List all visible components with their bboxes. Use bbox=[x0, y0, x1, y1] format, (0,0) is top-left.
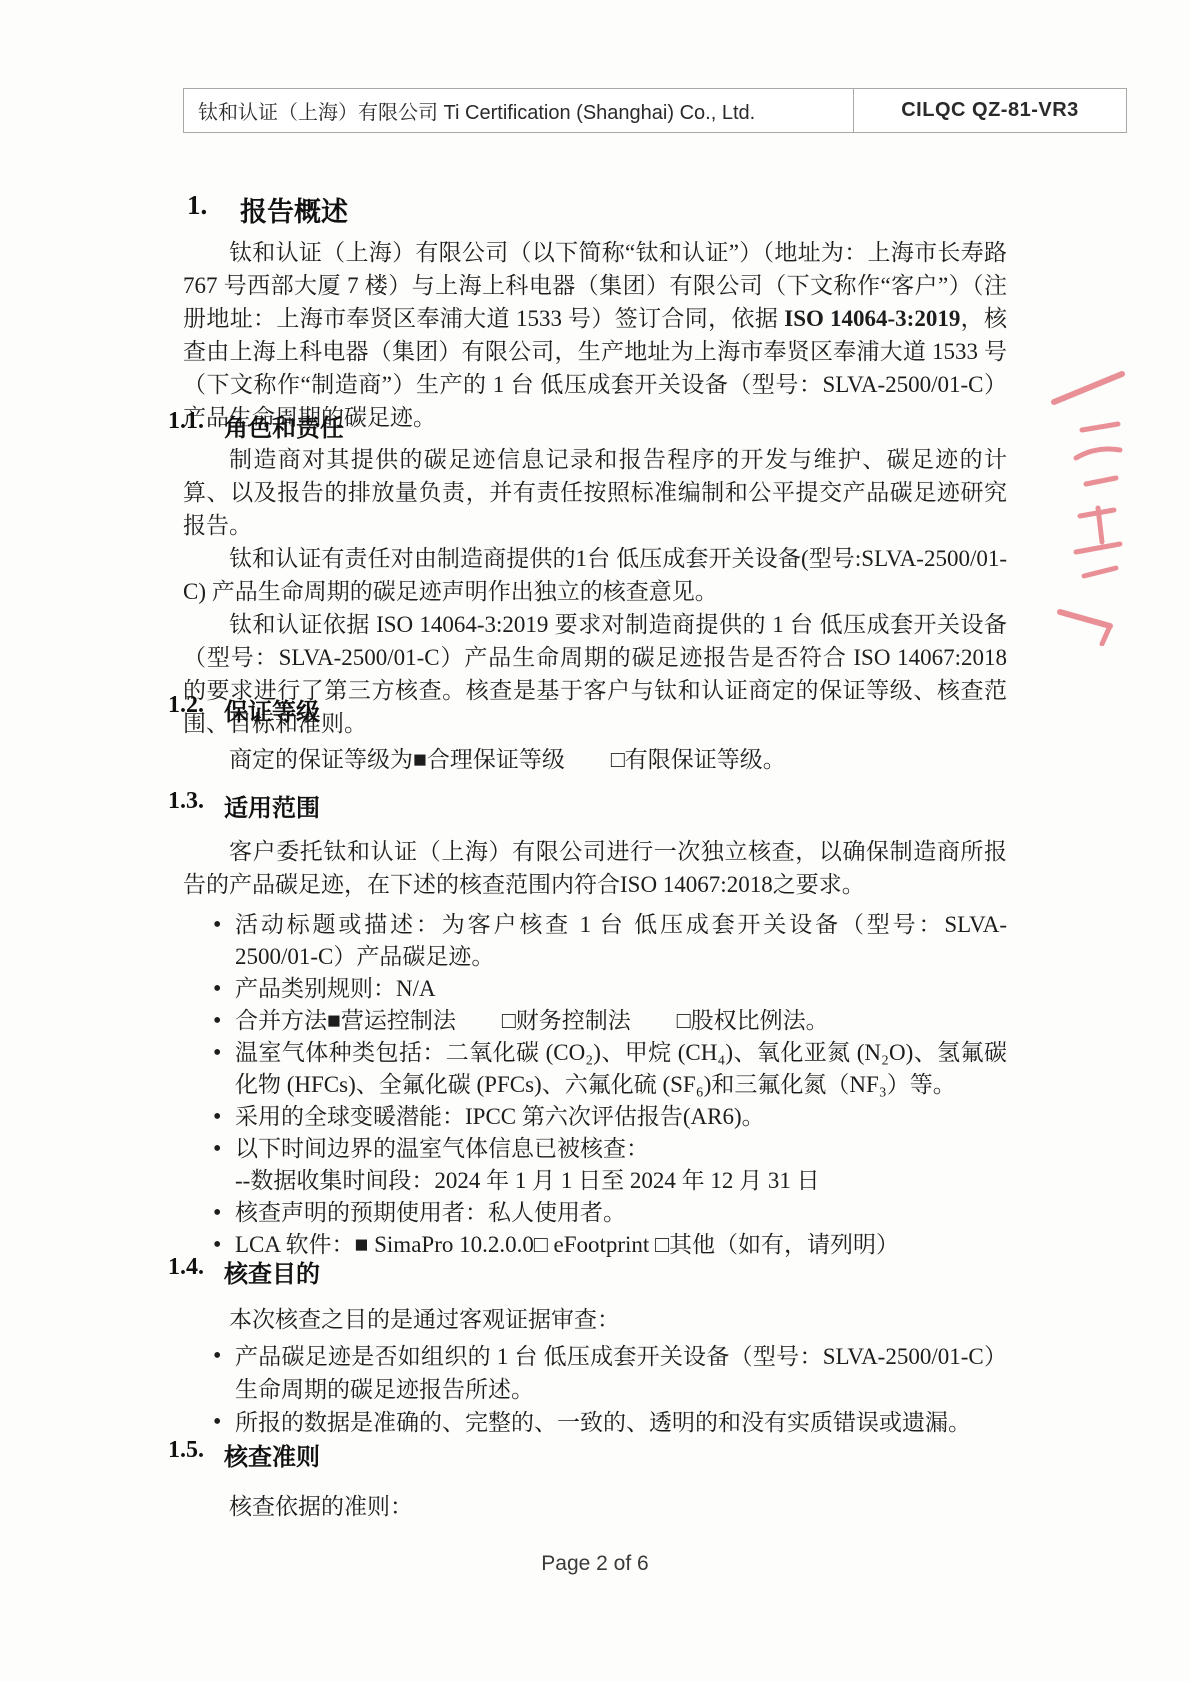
section-1-2-title: 保证等级 bbox=[224, 692, 320, 727]
intro-standard-bold: ISO 14064-3:2019 bbox=[784, 306, 960, 331]
bullet-text: 所报的数据是准确的、完整的、一致的、透明的和没有实质错误或遗漏。 bbox=[235, 1410, 971, 1435]
section-1-4: 1.4. 核查目的 本次核查之目的是通过客观证据审查： 产品碳足迹是否如组织的 … bbox=[183, 1254, 1007, 1439]
section-1-3-number: 1.3. bbox=[168, 788, 224, 823]
list-item: 产品碳足迹是否如组织的 1 台 低压成套开关设备（型号：SLVA-2500/01… bbox=[183, 1340, 1007, 1406]
bullet-text: 活动标题或描述：为客户核查 1 台 低压成套开关设备（型号：SLVA-2500/… bbox=[235, 912, 1007, 969]
bullet-text: 产品碳足迹是否如组织的 1 台 低压成套开关设备（型号：SLVA-2500/01… bbox=[235, 1344, 1007, 1402]
bullet-text: 产品类别规则：N/A bbox=[235, 976, 436, 1001]
scope-bullet-list: 活动标题或描述：为客户核查 1 台 低压成套开关设备（型号：SLVA-2500/… bbox=[183, 909, 1007, 1261]
section-1-heading: 1. 报告概述 bbox=[183, 190, 1007, 229]
red-seal-strokes bbox=[1054, 374, 1122, 644]
bullet-text: 采用的全球变暖潜能：IPCC 第六次评估报告(AR6)。 bbox=[235, 1104, 765, 1129]
list-item: 所报的数据是准确的、完整的、一致的、透明的和没有实质错误或遗漏。 bbox=[183, 1406, 1007, 1439]
document-header: 钛和认证（上海）有限公司 Ti Certification (Shanghai)… bbox=[183, 88, 1127, 133]
document-code: CILQC QZ-81-VR3 bbox=[854, 89, 1126, 132]
assurance-level-line: 商定的保证等级为■合理保证等级 □有限保证等级。 bbox=[183, 743, 1007, 776]
page-number: Page 2 of 6 bbox=[0, 1552, 1190, 1576]
section-1-2: 1.2. 保证等级 商定的保证等级为■合理保证等级 □有限保证等级。 bbox=[183, 692, 1007, 776]
section-1-5: 1.5. 核查准则 核查依据的准则： bbox=[183, 1437, 1007, 1523]
section-1-5-title: 核查准则 bbox=[224, 1437, 320, 1472]
list-item: 合并方法■营运控制法 □财务控制法 □股权比例法。 bbox=[183, 1005, 1007, 1037]
section-1-number: 1. bbox=[187, 190, 240, 229]
section-1-4-heading: 1.4. 核查目的 bbox=[168, 1254, 1007, 1289]
section-1-1-heading: 1.1. 角色和责任 bbox=[168, 408, 1007, 443]
bullet-text: 温室气体种类包括：二氧化碳 (CO₂)、甲烷 (CH₄)、氧化亚氮 (N₂O)、… bbox=[235, 1040, 1007, 1097]
list-item: 活动标题或描述：为客户核查 1 台 低压成套开关设备（型号：SLVA-2500/… bbox=[183, 909, 1007, 973]
list-item: 采用的全球变暖潜能：IPCC 第六次评估报告(AR6)。 bbox=[183, 1101, 1007, 1133]
bullet-text: 合并方法■营运控制法 □财务控制法 □股权比例法。 bbox=[235, 1008, 829, 1033]
section-1-5-number: 1.5. bbox=[168, 1437, 224, 1472]
section-1-3-heading: 1.3. 适用范围 bbox=[168, 788, 1007, 823]
section-1-3-title: 适用范围 bbox=[224, 788, 320, 823]
bullet-text: 以下时间边界的温室气体信息已被核查： bbox=[235, 1136, 649, 1161]
red-seal-stamp bbox=[1046, 366, 1128, 646]
intro-paragraph: 钛和认证（上海）有限公司（以下简称“钛和认证”）（地址为：上海市长寿路 767 … bbox=[183, 236, 1007, 434]
paragraph: 客户委托钛和认证（上海）有限公司进行一次独立核查，以确保制造商所报告的产品碳足迹… bbox=[183, 835, 1007, 901]
list-item: 核查声明的预期使用者：私人使用者。 bbox=[183, 1197, 1007, 1229]
section-1-5-heading: 1.5. 核查准则 bbox=[168, 1437, 1007, 1472]
company-name: 钛和认证（上海）有限公司 Ti Certification (Shanghai)… bbox=[184, 89, 854, 132]
bullet-text: 核查声明的预期使用者：私人使用者。 bbox=[235, 1200, 626, 1225]
paragraph: 核查依据的准则： bbox=[183, 1490, 1007, 1523]
section-1-1-title: 角色和责任 bbox=[224, 408, 344, 443]
paragraph: 制造商对其提供的碳足迹信息记录和报告程序的开发与维护、碳足迹的计算、以及报告的排… bbox=[183, 443, 1007, 542]
list-item: 温室气体种类包括：二氧化碳 (CO₂)、甲烷 (CH₄)、氧化亚氮 (N₂O)、… bbox=[183, 1037, 1007, 1101]
list-item: 以下时间边界的温室气体信息已被核查： --数据收集时间段：2024 年 1 月 … bbox=[183, 1133, 1007, 1197]
section-1-intro: 钛和认证（上海）有限公司（以下简称“钛和认证”）（地址为：上海市长寿路 767 … bbox=[183, 236, 1007, 434]
purpose-bullet-list: 产品碳足迹是否如组织的 1 台 低压成套开关设备（型号：SLVA-2500/01… bbox=[183, 1340, 1007, 1439]
section-1-1: 1.1. 角色和责任 制造商对其提供的碳足迹信息记录和报告程序的开发与维护、碳足… bbox=[183, 408, 1007, 740]
data-collection-period: --数据收集时间段：2024 年 1 月 1 日至 2024 年 12 月 31… bbox=[235, 1165, 1007, 1197]
document-page: 钛和认证（上海）有限公司 Ti Certification (Shanghai)… bbox=[0, 0, 1190, 1682]
section-1-4-title: 核查目的 bbox=[224, 1254, 320, 1289]
section-1: 1. 报告概述 bbox=[183, 190, 1007, 229]
paragraph: 钛和认证有责任对由制造商提供的1台 低压成套开关设备(型号:SLVA-2500/… bbox=[183, 542, 1007, 608]
section-1-3: 1.3. 适用范围 客户委托钛和认证（上海）有限公司进行一次独立核查，以确保制造… bbox=[183, 788, 1007, 1261]
section-1-title: 报告概述 bbox=[240, 190, 348, 229]
list-item: 产品类别规则：N/A bbox=[183, 973, 1007, 1005]
paragraph: 本次核查之目的是通过客观证据审查： bbox=[183, 1303, 1007, 1336]
section-1-4-number: 1.4. bbox=[168, 1254, 224, 1289]
section-1-1-number: 1.1. bbox=[168, 408, 224, 443]
section-1-2-heading: 1.2. 保证等级 bbox=[168, 692, 1007, 727]
section-1-2-number: 1.2. bbox=[168, 692, 224, 727]
